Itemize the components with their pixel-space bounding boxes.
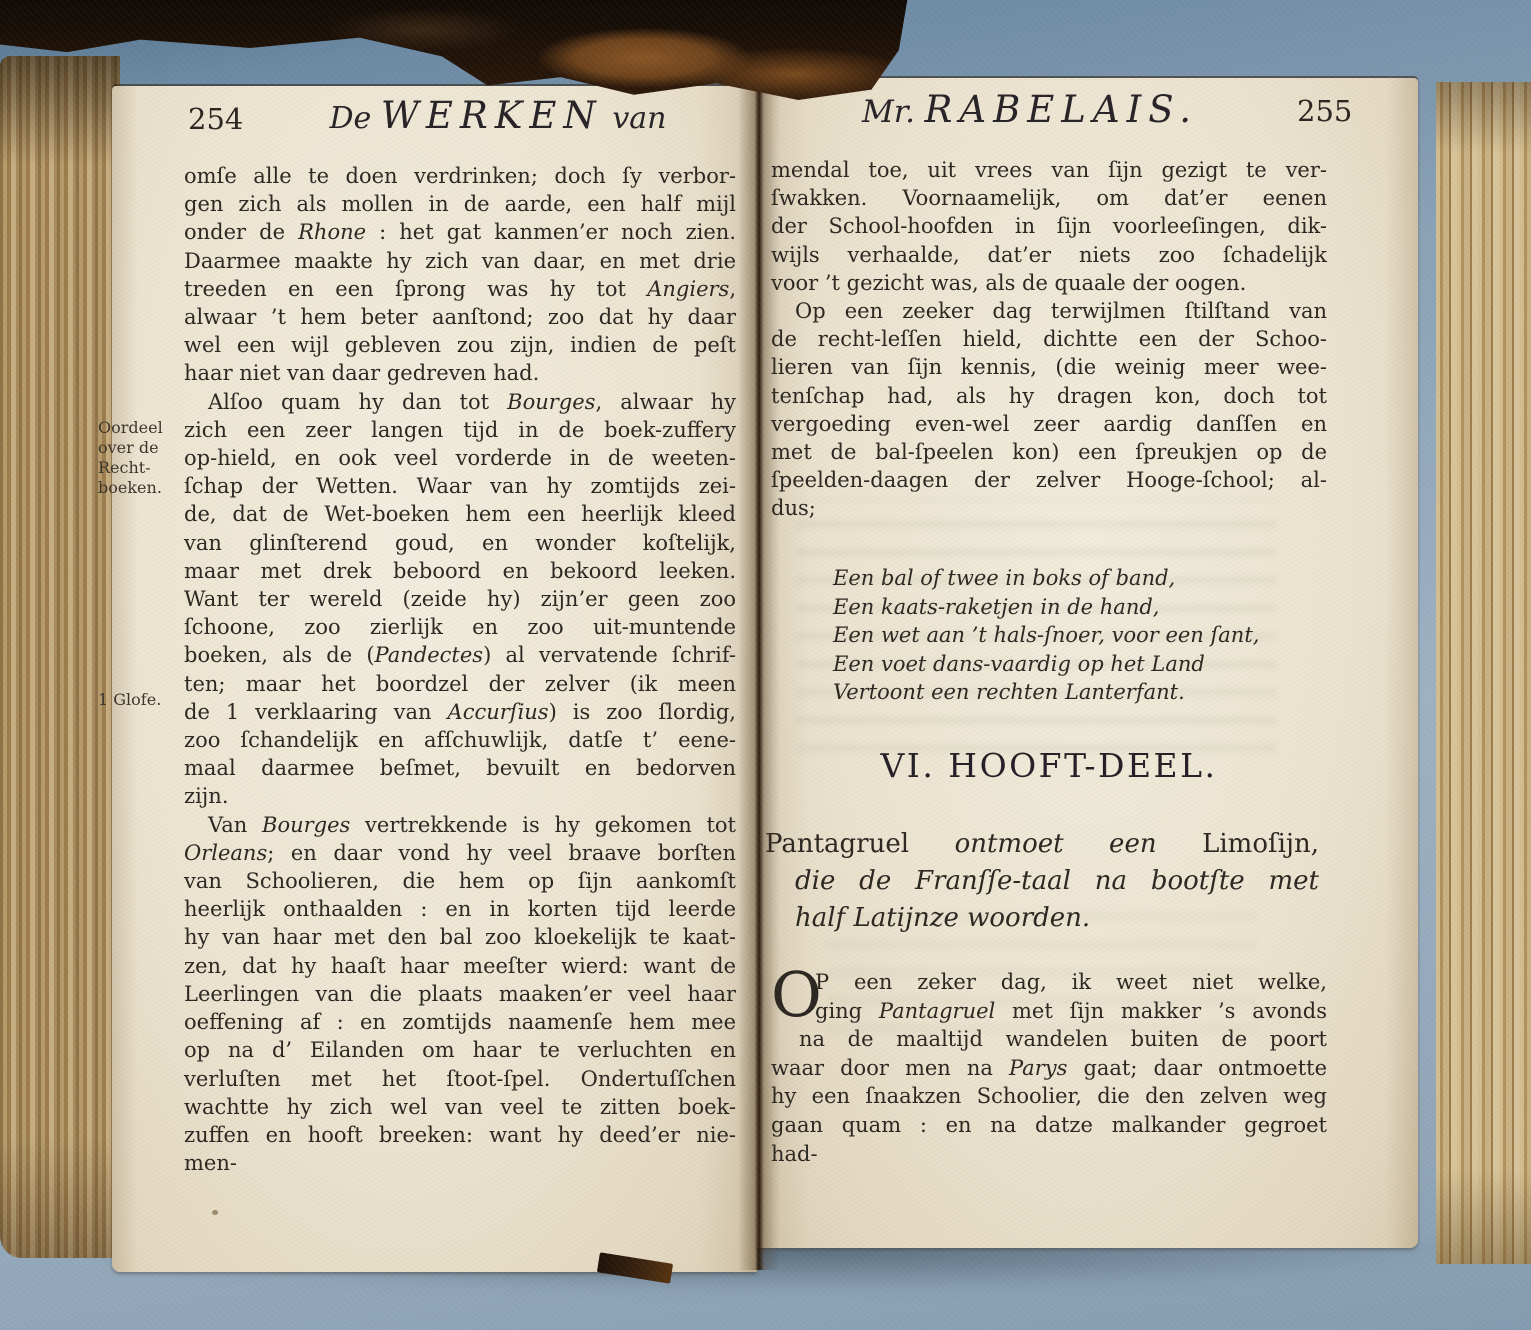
text-segment: zich een zeer langen tijd in de boek-zuf…	[184, 418, 736, 442]
chapter-heading: VI. HOOFT-DEEL.	[771, 746, 1327, 785]
text-segment: Parys	[1009, 1056, 1067, 1080]
text-line: zoo ſchandelijk en afſchuwlijk, datſe t’…	[184, 726, 736, 754]
book: 254 De WERKEN van omſe alle te doen verd…	[0, 0, 1531, 1330]
right-page-body-text: mendal toe, uit vrees van ſijn gezigt te…	[771, 156, 1327, 523]
text-line: op-hield, en ook veel vorderde in de wee…	[184, 444, 736, 472]
text-segment: Want ter wereld (zeide hy) zijn’er geen …	[184, 587, 736, 611]
text-segment: : het gat kanmen’er noch zien.	[366, 220, 736, 244]
text-line: dus;	[771, 494, 1327, 522]
right-page-number: 255	[1297, 94, 1352, 128]
text-line: ſwakken. Voornaamelijk, om dat’er eenen	[771, 184, 1327, 212]
text-line: Pantagruel ontmoet een Limoſijn,	[765, 826, 1319, 863]
text-segment: oeffening af : en zomtijds naamenſe hem …	[184, 1010, 736, 1034]
text-segment: Limoſijn,	[1157, 829, 1319, 859]
left-page: 254 De WERKEN van omſe alle te doen verd…	[112, 86, 757, 1272]
text-line: Op een zeeker dag terwijlmen ſtilſtand v…	[771, 297, 1327, 325]
text-segment: die de Franſſe-taal na bootſte met	[795, 866, 1319, 896]
text-segment: maal daarmee beſmet, bevuilt en bedorven	[184, 756, 736, 780]
paper-speck	[212, 1210, 218, 1215]
verse-line: Een wet aan ’t hals-ſnoer, voor een ſant…	[833, 621, 1259, 650]
text-line: verluſten met het ſtoot-ſpel. Ondertuſſc…	[184, 1065, 736, 1093]
text-segment: Op een zeeker dag terwijlmen ſtilſtand v…	[795, 299, 1327, 323]
text-line: Alſoo quam hy dan tot Bourges, alwaar hy	[184, 388, 736, 416]
text-line: tenſchap had, als hy dragen kon, doch to…	[771, 382, 1327, 410]
text-line: ſpeelden-daagen der zelver Hooge-ſchool;…	[771, 466, 1327, 494]
chapter-opening-paragraph: O P een zeker dag, ik weet niet welke,gi…	[771, 968, 1327, 1168]
text-line: de 1 verklaaring van Accurſius) is zoo ſ…	[184, 698, 736, 726]
text-segment: heerlijk onthaalden : en in korten tijd …	[184, 897, 736, 921]
text-segment: haar niet van daar gedreven had.	[184, 361, 539, 385]
text-segment: alwaar ’t hem beter aanſtond; zoo dat hy…	[184, 305, 736, 329]
text-segment: de, dat de Wet-boeken hem een heerlijk k…	[184, 502, 736, 526]
text-segment: Daarmee maakte hy zich van daar, en met …	[184, 249, 736, 273]
text-line: Leerlingen van die plaats maaken’er veel…	[184, 980, 736, 1008]
text-segment: tenſchap had, als hy dragen kon, doch to…	[771, 384, 1327, 408]
text-segment: onder de	[184, 220, 298, 244]
text-segment: ſpeelden-daagen der zelver Hooge-ſchool;…	[771, 468, 1327, 492]
text-segment: boeken, als de (	[184, 643, 375, 667]
text-line: lieren van ſijn kennis, (die weinig meer…	[771, 353, 1327, 381]
text-segment: Rhone	[298, 220, 366, 244]
text-line: zen, dat hy haaſt haar meeſter wierd: wa…	[184, 952, 736, 980]
text-segment: ) is zoo ſlordig,	[549, 700, 736, 724]
text-segment: met de bal-ſpeelen kon) een ſpreukjen op…	[771, 440, 1327, 464]
text-segment: Bourges	[507, 390, 595, 414]
text-line: maar met drek beboord en bekoord leeken.	[184, 557, 736, 585]
text-line: die de Franſſe-taal na bootſte met	[765, 863, 1319, 900]
running-title-prefix: Mr.	[862, 94, 915, 130]
text-line: op na d’ Eilanden om haar te verluchten …	[184, 1036, 736, 1064]
text-line: Van Bourges vertrekkende is hy gekomen t…	[184, 811, 736, 839]
text-segment: van Schoolieren, die hem op ſijn aankomſ…	[184, 869, 736, 893]
text-line: half Latijnze woorden.	[765, 900, 1319, 937]
text-segment: der School-hoofden in ſijn voorleeſingen…	[771, 214, 1327, 238]
left-running-title: De WERKEN van	[280, 94, 716, 137]
text-line: Orleans; en daar vond hy veel braave bor…	[184, 839, 736, 867]
text-segment: P een zeker dag, ik weet niet welke,	[815, 970, 1327, 994]
text-segment: verluſten met het ſtoot-ſpel. Ondertuſſc…	[184, 1067, 736, 1091]
running-title-main: WERKEN	[381, 94, 603, 137]
running-title-suffix: van	[612, 101, 666, 136]
verse-line: Een kaats-raketjen in de hand,	[833, 593, 1259, 622]
text-line: ging Pantagruel met ſijn makker ’s avond…	[771, 997, 1327, 1026]
text-line: ten; maar het boordzel der zelver (ik me…	[184, 670, 736, 698]
text-line: Want ter wereld (zeide hy) zijn’er geen …	[184, 585, 736, 613]
text-segment: ; en daar vond hy veel braave borſten	[267, 841, 736, 865]
text-segment: zoo ſchandelijk en afſchuwlijk, datſe t’…	[184, 728, 736, 752]
left-page-edges	[0, 56, 120, 1258]
text-segment: ſchoone, zoo zierlijk en zoo uit-muntend…	[184, 615, 736, 639]
text-line: der School-hoofden in ſijn voorleeſingen…	[771, 212, 1327, 240]
text-segment: Angiers	[647, 277, 729, 301]
text-segment: Pandectes	[375, 643, 484, 667]
text-segment: op na d’ Eilanden om haar te verluchten …	[184, 1038, 736, 1062]
margin-note-oordeel: Oordeel over de Recht- boeken.	[98, 418, 182, 498]
text-line: hy van haar met den bal zoo kloekelijk t…	[184, 923, 736, 951]
verse-line: Een voet dans-vaardig op het Land	[833, 650, 1259, 679]
text-segment: wel een wijl gebleven zou zijn, indien d…	[184, 333, 736, 357]
catchword: men-	[184, 1149, 736, 1177]
text-segment: Pantagruel	[765, 829, 955, 859]
verse-line: Een bal of twee in boks of band,	[833, 564, 1259, 593]
text-segment: omſe alle te doen verdrinken; doch ſy ve…	[184, 164, 736, 188]
text-line: waar door men na Parys gaat; daar ontmoe…	[771, 1054, 1327, 1083]
text-segment: zuffen en hooft breeken: want hy deed’er…	[184, 1123, 736, 1147]
text-segment: wachtte hy zich wel van veel te zitten b…	[184, 1095, 736, 1119]
text-line: hy een ſnaakzen Schoolier, die den zelve…	[771, 1082, 1327, 1111]
text-line: ſchap der Wetten. Waar van hy zomtijds z…	[184, 472, 736, 500]
text-line: maal daarmee beſmet, bevuilt en bedorven	[184, 754, 736, 782]
catchword: had-	[771, 1140, 1327, 1169]
left-page-body-text: omſe alle te doen verdrinken; doch ſy ve…	[184, 162, 736, 1177]
chapter-title: Pantagruel ontmoet een Limoſijn,die de F…	[765, 826, 1319, 937]
text-line: zich een zeer langen tijd in de boek-zuf…	[184, 416, 736, 444]
photo-of-open-book: 254 De WERKEN van omſe alle te doen verd…	[0, 0, 1531, 1330]
text-segment: de 1 verklaaring van	[184, 700, 448, 724]
text-segment: Orleans	[184, 841, 267, 865]
text-segment: ſwakken. Voornaamelijk, om dat’er eenen	[771, 186, 1327, 210]
text-line: Daarmee maakte hy zich van daar, en met …	[184, 247, 736, 275]
verse-line: Vertoont een rechten Lanterfant.	[833, 678, 1259, 707]
text-segment: Van	[208, 813, 262, 837]
text-segment: hy van haar met den bal zoo kloekelijk t…	[184, 925, 736, 949]
text-segment: lieren van ſijn kennis, (die weinig meer…	[771, 355, 1327, 379]
text-segment: gaat; daar ontmoette	[1067, 1056, 1327, 1080]
text-segment: Leerlingen van die plaats maaken’er veel…	[184, 982, 736, 1006]
text-line: wel een wijl gebleven zou zijn, indien d…	[184, 331, 736, 359]
text-line: mendal toe, uit vrees van ſijn gezigt te…	[771, 156, 1327, 184]
left-page-number: 254	[188, 102, 243, 136]
margin-note-glose: 1 Glofe.	[98, 690, 182, 710]
text-line: voor ’t gezicht was, als de quaale der o…	[771, 269, 1327, 297]
text-segment: vertrekkende is hy gekomen tot	[350, 813, 736, 837]
right-running-title: Mr. RABELAIS.	[793, 88, 1267, 131]
text-line: na de maaltijd wandelen buiten de poort	[771, 1025, 1327, 1054]
text-segment: maar met drek beboord en bekoord leeken.	[184, 559, 736, 583]
text-segment: ging	[815, 999, 879, 1023]
text-line: ſchoone, zoo zierlijk en zoo uit-muntend…	[184, 613, 736, 641]
text-line: van glinſterend goud, en wonder koſtelij…	[184, 529, 736, 557]
right-page: Mr. RABELAIS. 255 mendal toe, uit vrees …	[757, 78, 1418, 1248]
text-line: haar niet van daar gedreven had.	[184, 359, 736, 387]
text-segment: gen zich als mollen in de aarde, een hal…	[184, 192, 736, 216]
text-line: wachtte hy zich wel van veel te zitten b…	[184, 1093, 736, 1121]
text-segment: na de maaltijd wandelen buiten de poort	[799, 1027, 1327, 1051]
running-title-prefix: De	[330, 101, 372, 136]
text-segment: wijls verhaalde, dat’er niets zoo ſchade…	[771, 243, 1327, 267]
text-line: van Schoolieren, die hem op ſijn aankomſ…	[184, 867, 736, 895]
text-segment: half Latijnze woorden.	[795, 903, 1090, 933]
text-segment: hy een ſnaakzen Schoolier, die den zelve…	[771, 1084, 1327, 1108]
text-line: zuffen en hooft breeken: want hy deed’er…	[184, 1121, 736, 1149]
leather-spine-remnant	[0, 0, 908, 100]
text-segment: Accurſius	[448, 700, 549, 724]
text-segment: gaan quam : en na datze malkander gegroe…	[771, 1113, 1327, 1137]
text-segment: voor ’t gezicht was, als de quaale der o…	[771, 271, 1246, 295]
text-segment: waar door men na	[771, 1056, 1009, 1080]
verse-block: Een bal of twee in boks of band,Een kaat…	[833, 564, 1259, 707]
text-segment: ) al vervatende ſchrif-	[483, 643, 736, 667]
text-segment: van glinſterend goud, en wonder koſtelij…	[184, 531, 736, 555]
text-segment: mendal toe, uit vrees van ſijn gezigt te…	[771, 158, 1327, 182]
text-line: treeden en een ſprong was hy tot Angiers…	[184, 275, 736, 303]
text-segment: zen, dat hy haaſt haar meeſter wierd: wa…	[184, 954, 736, 978]
text-segment: Bourges	[262, 813, 350, 837]
text-segment: Pantagruel	[879, 999, 995, 1023]
text-segment: ten; maar het boordzel der zelver (ik me…	[184, 672, 736, 696]
text-line: onder de Rhone : het gat kanmen’er noch …	[184, 218, 736, 246]
text-line: gen zich als mollen in de aarde, een hal…	[184, 190, 736, 218]
text-segment: met ſijn makker ’s avonds	[995, 999, 1327, 1023]
right-page-edges	[1436, 82, 1531, 1264]
text-line: de recht-leſſen hield, dichtte een der S…	[771, 325, 1327, 353]
text-line: P een zeker dag, ik weet niet welke,	[771, 968, 1327, 997]
running-title-main: RABELAIS.	[925, 88, 1198, 131]
text-line: wijls verhaalde, dat’er niets zoo ſchade…	[771, 241, 1327, 269]
text-line: gaan quam : en na datze malkander gegroe…	[771, 1111, 1327, 1140]
text-line: boeken, als de (Pandectes) al vervatende…	[184, 641, 736, 669]
text-line: vergoeding even-wel zeer aardig danſſen …	[771, 410, 1327, 438]
text-segment: ſchap der Wetten. Waar van hy zomtijds z…	[184, 474, 736, 498]
text-line: heerlijk onthaalden : en in korten tijd …	[184, 895, 736, 923]
text-segment: vergoeding even-wel zeer aardig danſſen …	[771, 412, 1327, 436]
text-segment: de recht-leſſen hield, dichtte een der S…	[771, 327, 1327, 351]
drop-cap-letter: O	[771, 968, 815, 1024]
text-line: omſe alle te doen verdrinken; doch ſy ve…	[184, 162, 736, 190]
text-segment: ontmoet een	[955, 829, 1157, 859]
text-segment: zijn.	[184, 784, 229, 808]
text-segment: , alwaar hy	[595, 390, 736, 414]
text-line: met de bal-ſpeelen kon) een ſpreukjen op…	[771, 438, 1327, 466]
text-line: alwaar ’t hem beter aanſtond; zoo dat hy…	[184, 303, 736, 331]
text-line: zijn.	[184, 782, 736, 810]
text-segment: ,	[729, 277, 736, 301]
text-segment: treeden en een ſprong was hy tot	[184, 277, 647, 301]
text-line: oeffening af : en zomtijds naamenſe hem …	[184, 1008, 736, 1036]
text-line: de, dat de Wet-boeken hem een heerlijk k…	[184, 500, 736, 528]
text-segment: dus;	[771, 496, 816, 520]
text-segment: op-hield, en ook veel vorderde in de wee…	[184, 446, 736, 470]
text-segment: Alſoo quam hy dan tot	[208, 390, 507, 414]
